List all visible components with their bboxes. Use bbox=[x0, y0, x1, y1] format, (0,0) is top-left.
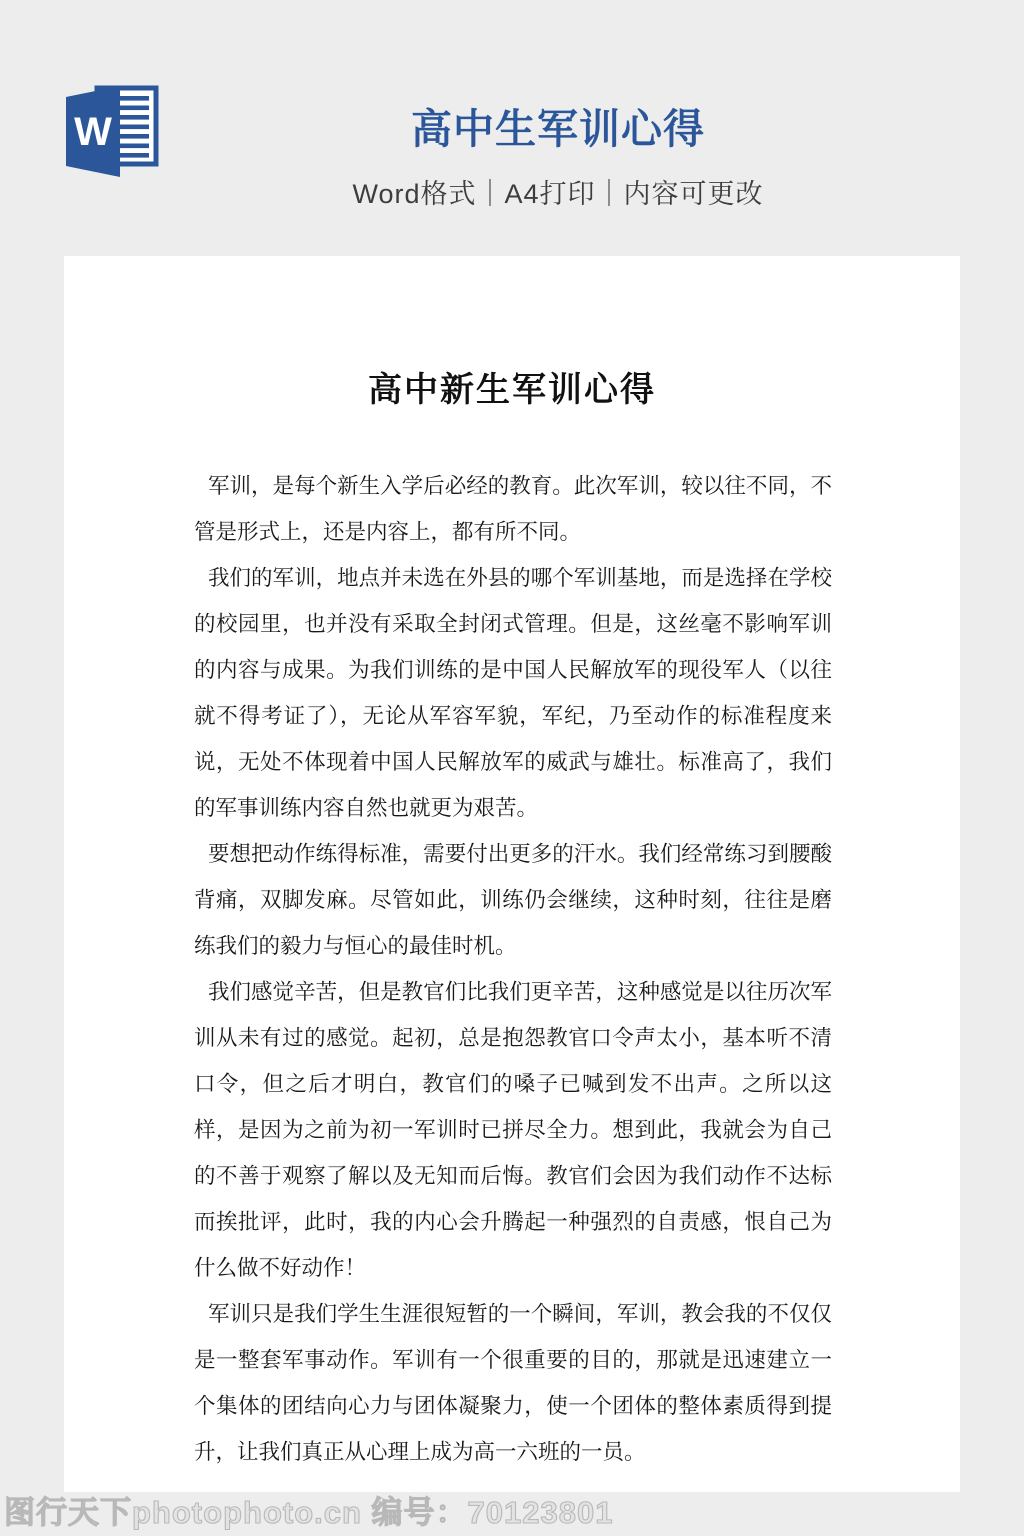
document-body: 军训，是每个新生入学后必经的教育。此次军训，较以往不同，不管是形式上，还是内容上… bbox=[194, 463, 832, 1475]
document-page: 高中新生军训心得 军训，是每个新生入学后必经的教育。此次军训，较以往不同，不管是… bbox=[64, 256, 960, 1492]
paragraph: 我们的军训，地点并未选在外县的哪个军训基地，而是选择在学校的校园里，也并没有采取… bbox=[194, 555, 832, 831]
paragraph: 军训只是我们学生生涯很短暂的一个瞬间，军训，教会我的不仅仅是一整套军事动作。军训… bbox=[194, 1291, 832, 1475]
paragraph: 军训，是每个新生入学后必经的教育。此次军训，较以往不同，不管是形式上，还是内容上… bbox=[194, 463, 832, 555]
document-title: 高中新生军训心得 bbox=[64, 362, 960, 411]
header: W 高中生军训心得 Word格式｜A4打印｜内容可更改 bbox=[0, 0, 1024, 230]
template-subtitle: Word格式｜A4打印｜内容可更改 bbox=[92, 172, 1024, 211]
header-text: 高中生军训心得 Word格式｜A4打印｜内容可更改 bbox=[0, 96, 1024, 211]
template-preview: W 高中生军训心得 Word格式｜A4打印｜内容可更改 高中新生军训心得 军训，… bbox=[0, 0, 1024, 1536]
paragraph: 要想把动作练得标准，需要付出更多的汗水。我们经常练习到腰酸背痛，双脚发麻。尽管如… bbox=[194, 831, 832, 969]
site-watermark: 图行天下photophoto.cn 编号：70123801 bbox=[4, 1487, 613, 1532]
template-title: 高中生军训心得 bbox=[92, 96, 1024, 155]
paragraph: 我们感觉辛苦，但是教官们比我们更辛苦，这种感觉是以往历次军训从未有过的感觉。起初… bbox=[194, 969, 832, 1291]
